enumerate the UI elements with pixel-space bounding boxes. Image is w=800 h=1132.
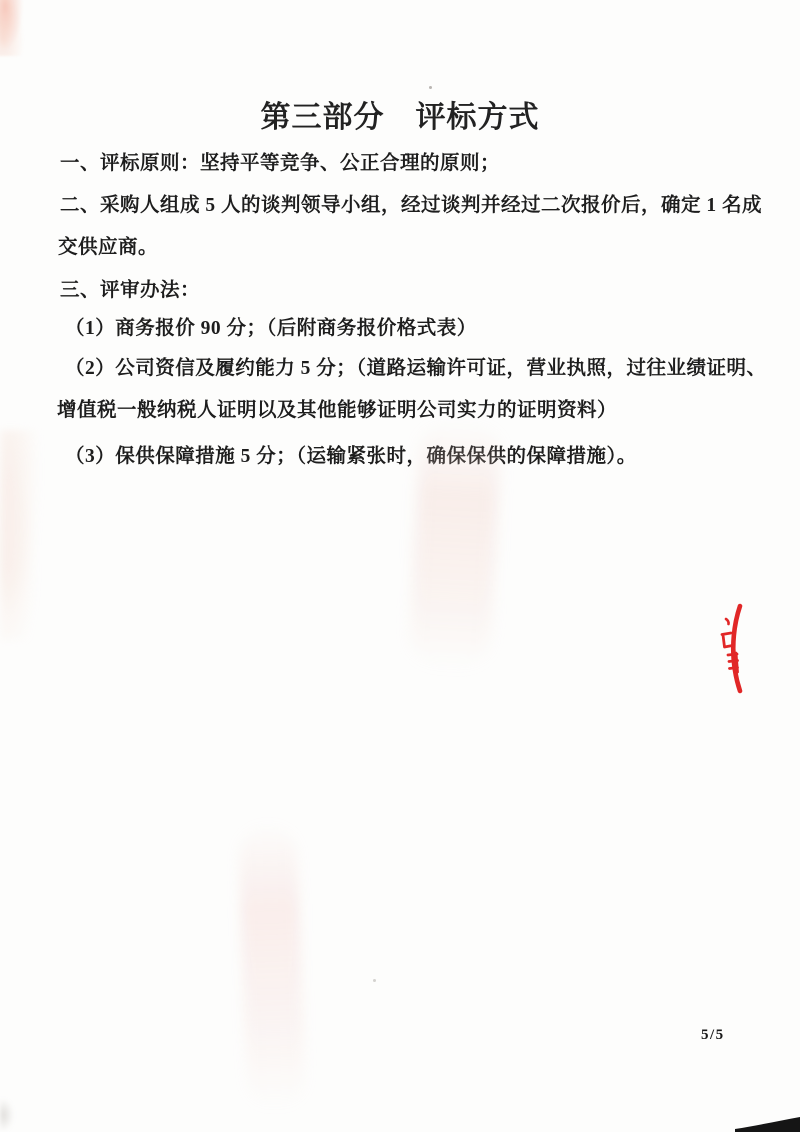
scan-artifact-streak — [238, 824, 306, 1111]
scan-artifact-speck — [429, 86, 432, 89]
text-line: 增值税一般纳税人证明以及其他能够证明公司实力的证明资料） — [57, 394, 617, 422]
red-seal-stamp-fragment — [696, 585, 762, 700]
text-line: （3）保供保障措施 5 分；（运输紧张时，确保保供的保障措施）。 — [65, 440, 637, 468]
scan-artifact-speck — [373, 979, 376, 982]
text-line: 二、采购人组成 5 人的谈判领导小组，经过谈判并经过二次报价后，确定 1 名成 — [60, 189, 762, 217]
scanned-document-page: 第三部分 评标方式 一、评标原则：坚持平等竞争、公正合理的原则； 二、采购人组成… — [0, 0, 800, 1132]
text-line: （1）商务报价 90 分；（后附商务报价格式表） — [65, 312, 477, 340]
scan-artifact-smudge — [0, 1098, 14, 1132]
text-line: 一、评标原则：坚持平等竞争、公正合理的原则； — [60, 147, 500, 175]
page-number: 5/5 — [701, 1027, 725, 1044]
text-line: （2）公司资信及履约能力 5 分；（道路运输许可证，营业执照，过往业绩证明、 — [65, 352, 767, 380]
page-title: 第三部分 评标方式 — [0, 92, 800, 136]
page-corner-shadow — [733, 1113, 800, 1132]
text-line: 三、评审办法： — [60, 274, 200, 302]
text-line: 交供应商。 — [58, 231, 158, 259]
scan-artifact-mottle — [0, 430, 46, 640]
scan-artifact-smudge — [0, 0, 26, 56]
